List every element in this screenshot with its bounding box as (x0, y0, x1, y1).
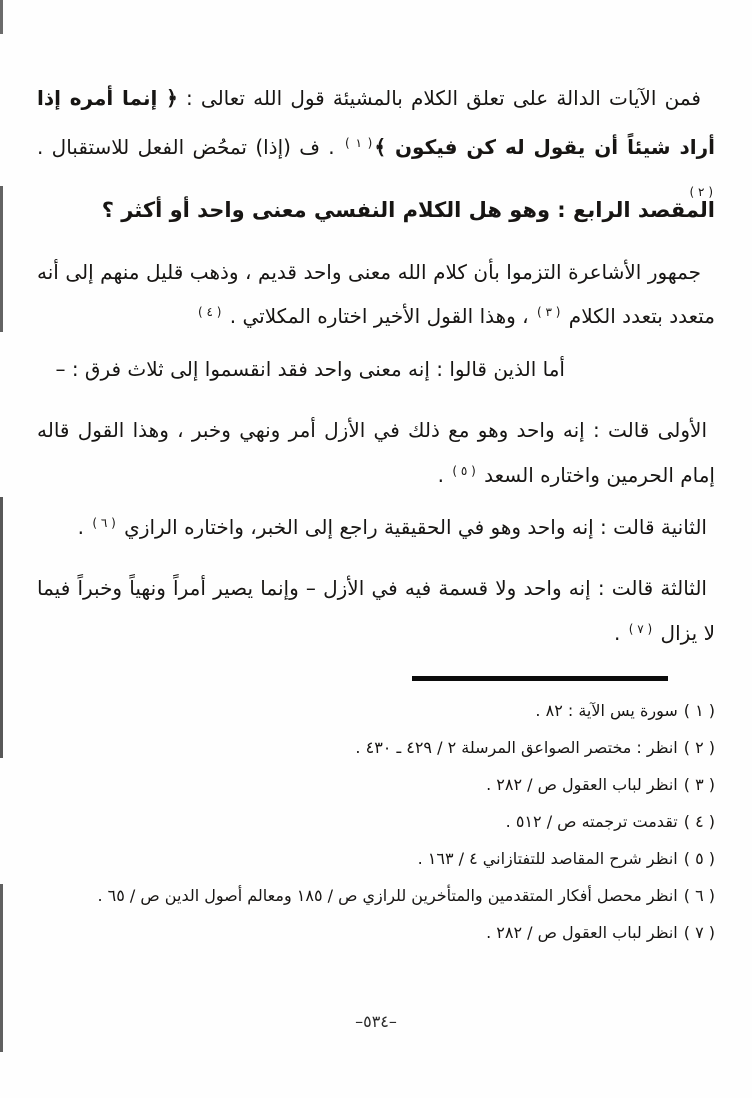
footnote-text: انظر محصل أفكار المتقدمين والمتأخرين للر… (97, 886, 677, 905)
footnote-ref-4: ( ٤ ) (198, 305, 221, 319)
footnote-marker: ( ١ ) (684, 701, 715, 720)
footnote-text: تقدمت ترجمته ص / ٥١٢ . (506, 812, 678, 831)
section-heading: المقصد الرابع : وهو هل الكلام النفسي معن… (37, 192, 715, 228)
first-group-text-2: . (438, 463, 451, 487)
footnote-ref-7: ( ٧ ) (629, 622, 652, 636)
footnote-text: انظر : مختصر الصواعق المرسلة ٢ / ٤٢٩ ـ ٤… (355, 738, 677, 757)
intro-text-before: فمن الآيات الدالة على تعلق الكلام بالمشي… (178, 86, 701, 110)
first-group-text-1: الأولى قالت : إنه واحد وهو مع ذلك في الأ… (37, 418, 715, 487)
footnote-text: سورة يس الآية : ٨٢ . (535, 701, 677, 720)
footnote-ref-3: ( ٣ ) (537, 305, 560, 319)
first-group-paragraph: الأولى قالت : إنه واحد وهو مع ذلك في الأ… (37, 408, 715, 498)
footnote-ref-6: ( ٦ ) (92, 516, 115, 530)
third-group-paragraph: الثالثة قالت : إنه واحد ولا قسمة فيه في … (37, 566, 715, 656)
footnote-marker: ( ٢ ) (684, 738, 715, 757)
second-group-text-1: الثانية قالت : إنه واحد وهو في الحقيقية … (118, 515, 707, 539)
footnote-marker: ( ٦ ) (684, 886, 715, 905)
footnote-item-7: ( ٧ )انظر لباب العقول ص / ٢٨٢ . (37, 914, 715, 951)
footnote-marker: ( ٥ ) (684, 849, 715, 868)
footnotes-section: ( ١ )سورة يس الآية : ٨٢ . ( ٢ )انظر : مخ… (37, 692, 715, 951)
footnote-ref-1: ( ١ ) (345, 136, 372, 150)
scan-edge-artifact (0, 0, 3, 34)
footnote-separator-rule (412, 676, 668, 681)
footnote-marker: ( ٧ ) (684, 923, 715, 942)
footnote-text: انظر لباب العقول ص / ٢٨٢ . (486, 775, 678, 794)
footnote-marker: ( ٣ ) (684, 775, 715, 794)
footnote-text: انظر لباب العقول ص / ٢٨٢ . (486, 923, 678, 942)
intro-text-after: . ف (إذا) تمحُض الفعل للاستقبال . (37, 135, 343, 159)
footnote-item-3: ( ٣ )انظر لباب العقول ص / ٢٨٢ . (37, 766, 715, 803)
footnote-item-2: ( ٢ )انظر : مختصر الصواعق المرسلة ٢ / ٤٢… (37, 729, 715, 766)
footnote-ref-5: ( ٥ ) (452, 464, 475, 478)
footnote-marker: ( ٤ ) (684, 812, 715, 831)
footnote-item-6: ( ٦ )انظر محصل أفكار المتقدمين والمتأخري… (37, 877, 715, 914)
second-group-text-2: . (78, 515, 91, 539)
scan-edge-artifact (0, 186, 3, 332)
second-group-paragraph: الثانية قالت : إنه واحد وهو في الحقيقية … (37, 510, 715, 544)
footnote-text: انظر شرح المقاصد للتفتازاني ٤ / ١٦٣ . (418, 849, 678, 868)
scanned-book-page: فمن الآيات الدالة على تعلق الكلام بالمشي… (0, 0, 752, 1098)
footnote-item-1: ( ١ )سورة يس الآية : ٨٢ . (37, 692, 715, 729)
division-paragraph: أما الذين قالوا : إنه معنى واحد فقد انقس… (37, 352, 715, 386)
third-group-text-2: . (614, 621, 627, 645)
footnote-item-5: ( ٥ )انظر شرح المقاصد للتفتازاني ٤ / ١٦٣… (37, 840, 715, 877)
page-number: –٥٣٤– (0, 1012, 752, 1031)
consensus-text-2: ، وهذا القول الأخير اختاره المكلاتي . (223, 304, 535, 328)
footnote-item-4: ( ٤ )تقدمت ترجمته ص / ٥١٢ . (37, 803, 715, 840)
scan-edge-artifact (0, 497, 3, 758)
consensus-paragraph: جمهور الأشاعرة التزموا بأن كلام الله معن… (37, 250, 715, 338)
